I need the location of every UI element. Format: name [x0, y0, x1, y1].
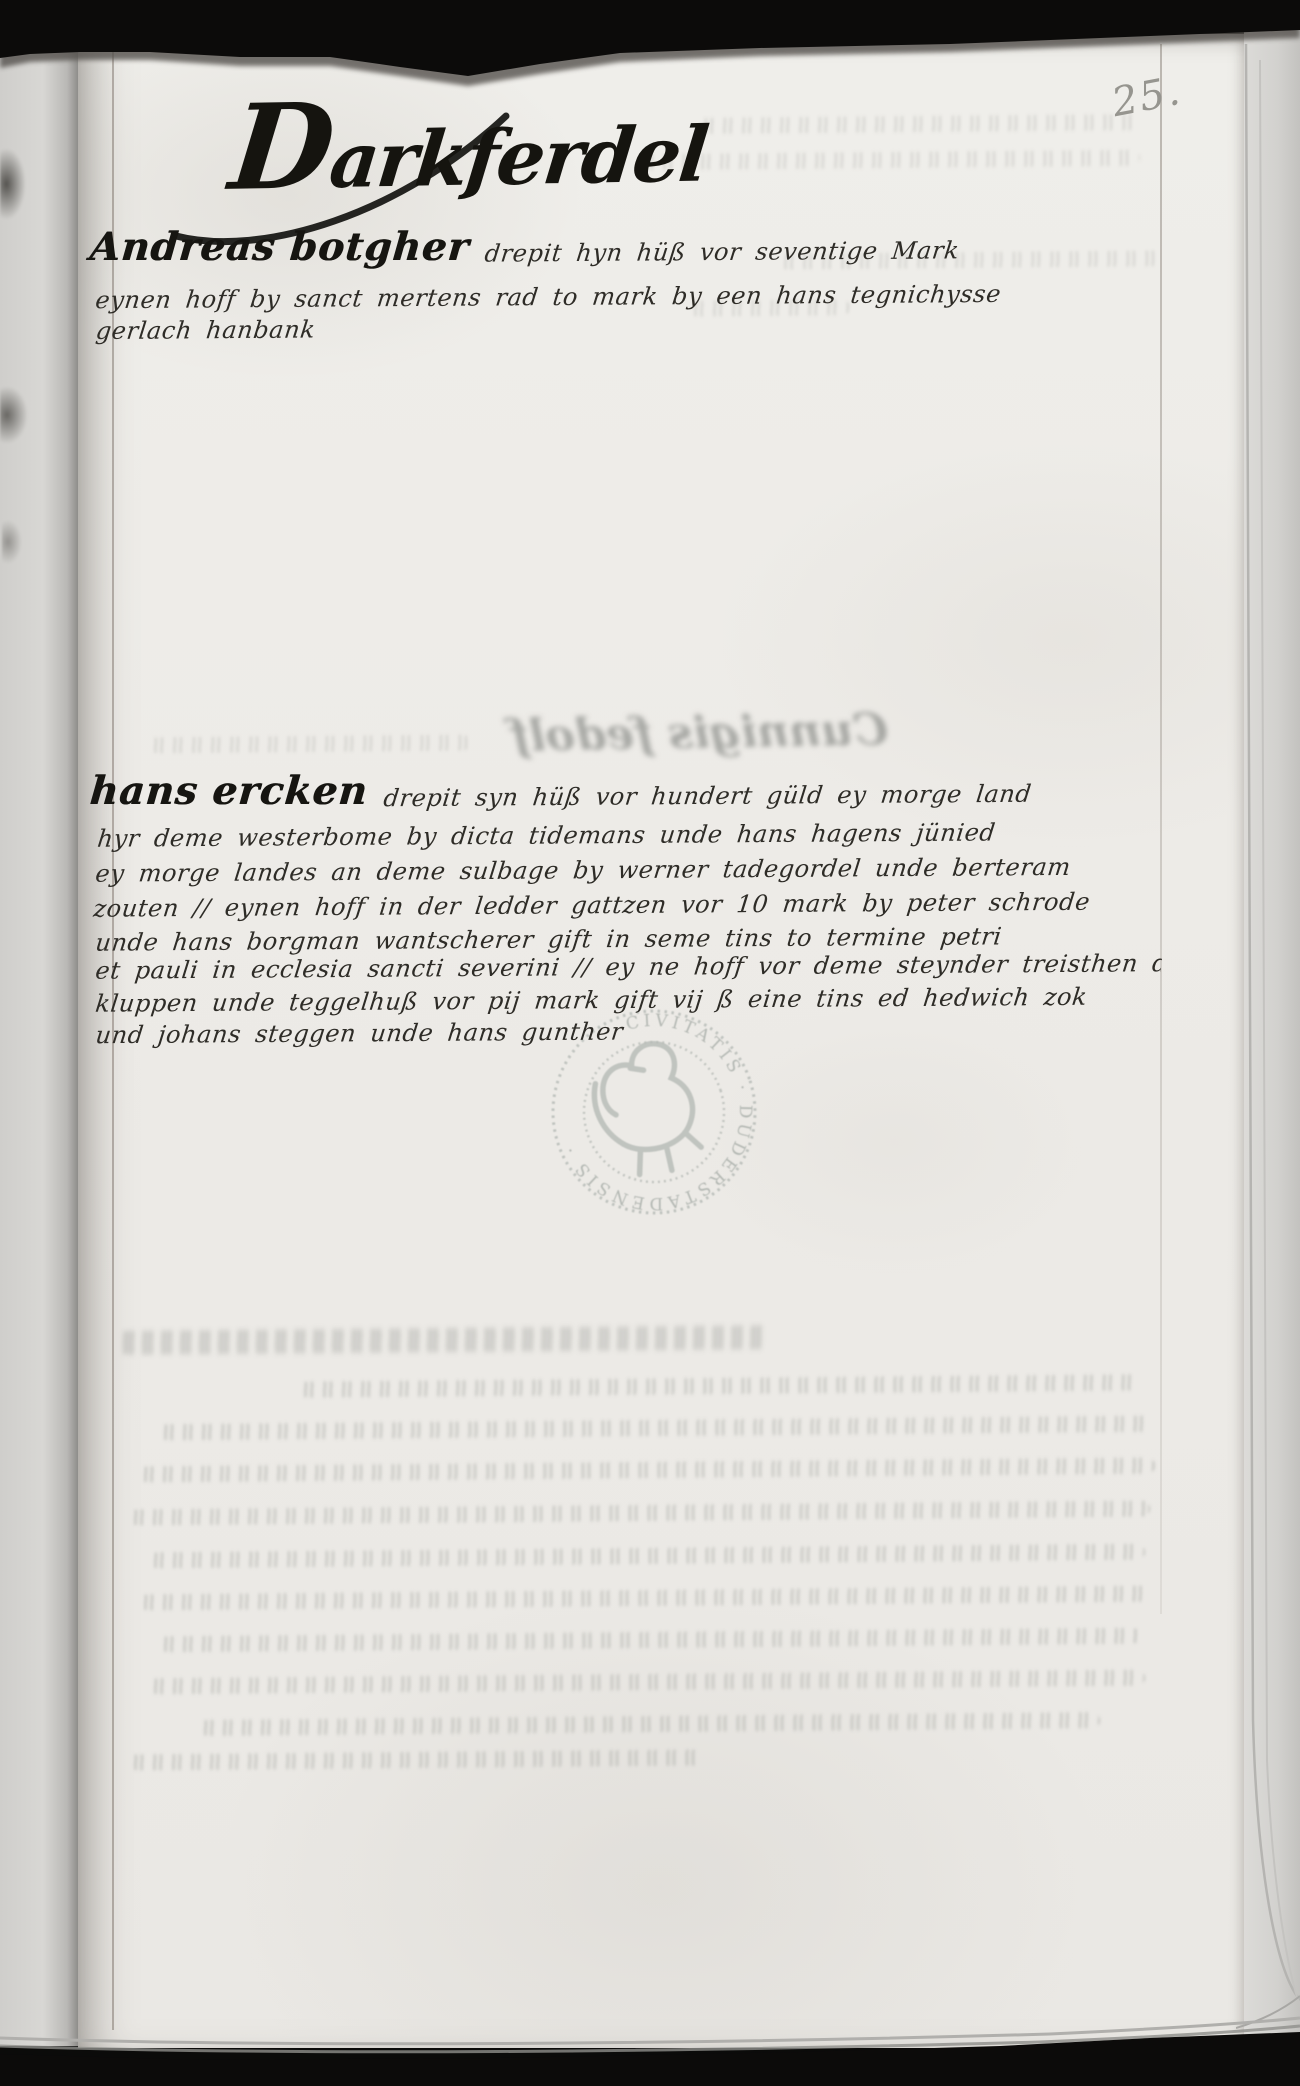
- entry-text-line: eynen hoff by sanct mertens rad to mark …: [94, 280, 1033, 315]
- ink-text-layer: Darkferdel 25. Andreas botgher drepit hy…: [0, 0, 1300, 2086]
- entry-hans-ercken: hans ercken drepit syn hüß vor hundert g…: [90, 768, 1165, 814]
- entry-text-line: drepit syn hüß vor hundert güld ey morge…: [382, 780, 1033, 813]
- entry-text-line: drepit hyn hüß vor seventige Mark: [484, 236, 962, 267]
- entry-andreas-botgher: Andreas botgher drepit hyn hüß vor seven…: [90, 224, 1165, 270]
- entry-text-line: gerlach hanbank: [94, 315, 397, 345]
- entry-name: Andreas botgher: [88, 224, 471, 270]
- entry-text-line: ey morge landes an deme sulbage by werne…: [94, 852, 1163, 887]
- entry-text-line: hyr deme westerbome by dicta tidemans un…: [96, 817, 1165, 852]
- entry-text-line: kluppen unde teggelhuß vor pij mark gift…: [94, 982, 1163, 1017]
- page-heading: Darkferdel: [225, 73, 800, 212]
- entry-name: hans ercken: [88, 768, 370, 814]
- entry-text-line: und johans steggen unde hans gunther: [94, 1017, 738, 1049]
- manuscript-photo: Cunnigis fedolf CIVITATIS · DUDERSTADENS…: [0, 0, 1300, 2086]
- entry-text-line: zouten // eynen hoff in der ledder gattz…: [92, 887, 1161, 922]
- folio-number: 25.: [1108, 68, 1185, 126]
